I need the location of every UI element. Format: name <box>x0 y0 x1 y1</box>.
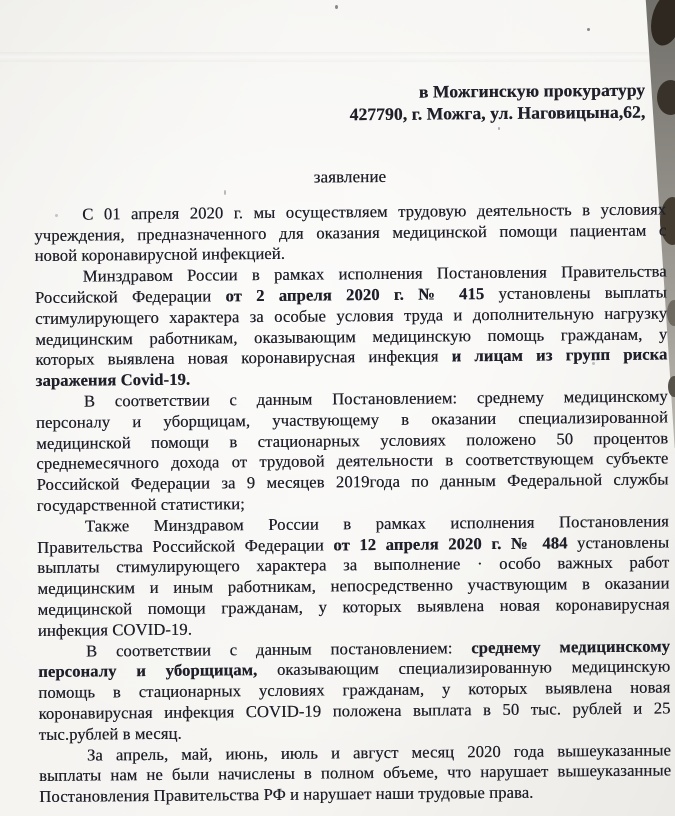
bold-text-run: заражения Covid-19. <box>36 370 191 390</box>
recipient-block: в Можгинскую прокуратуру 427790, г. Можг… <box>33 78 665 128</box>
text-run: Постановления Правительства РФ и нарушае… <box>39 783 533 806</box>
paragraph-6-line: Постановления Правительства РФ и нарушае… <box>39 782 671 808</box>
bold-text-run: от 12 апреля 2020 г. № 484 <box>333 533 567 554</box>
text-run: С 01 апреля 2020 г. мы осуществляем труд… <box>82 199 666 223</box>
text-run: оказывающим специализированную медицинск… <box>257 657 670 680</box>
text-run: За апрель, май, июнь, июль и август меся… <box>87 740 671 764</box>
scanned-document-page: в Можгинскую прокуратуру 427790, г. Можг… <box>0 0 675 816</box>
text-run: новой коронавирусной инфекцией. <box>34 244 285 265</box>
bold-text-run: персоналу и уборщицам, <box>38 660 257 681</box>
edge-stain <box>668 376 675 397</box>
text-run: В соответствии с данным постановлением: <box>86 638 471 660</box>
document-title: заявление <box>34 164 666 190</box>
bold-text-run: и лицам из групп риска <box>451 345 667 366</box>
text-run: установлены выплаты <box>484 282 667 303</box>
bold-text-run: от 2 апреля 2020 г. № 415 <box>225 284 484 305</box>
text-run: государственной статистики; <box>37 494 245 515</box>
text-run: тыс.рублей в месяц. <box>39 723 182 743</box>
text-run: Российской Федерации <box>35 286 226 307</box>
text-run: инфекция COVID-19. <box>38 619 192 639</box>
document-body: С 01 апреля 2020 г. мы осуществляем труд… <box>34 199 671 808</box>
text-run: В соответствии с данным Постановлением: … <box>84 386 668 410</box>
text-run: Также Минздравом России в рамках исполне… <box>85 511 669 535</box>
text-run: Правительства Российской Федерации <box>37 535 333 557</box>
bold-text-run: среднему медицинскому <box>471 636 670 657</box>
text-run: которых выявлена новая коронавирусная ин… <box>35 347 451 370</box>
edge-stain <box>667 300 675 326</box>
recipient-line-2: 427790, г. Можга, ул. Наговицына,62, <box>33 101 645 128</box>
document-content: в Можгинскую прокуратуру 427790, г. Можг… <box>32 0 671 808</box>
text-run: установлены <box>567 532 669 552</box>
text-run: Минздравом России в рамках исполнения По… <box>83 262 667 286</box>
